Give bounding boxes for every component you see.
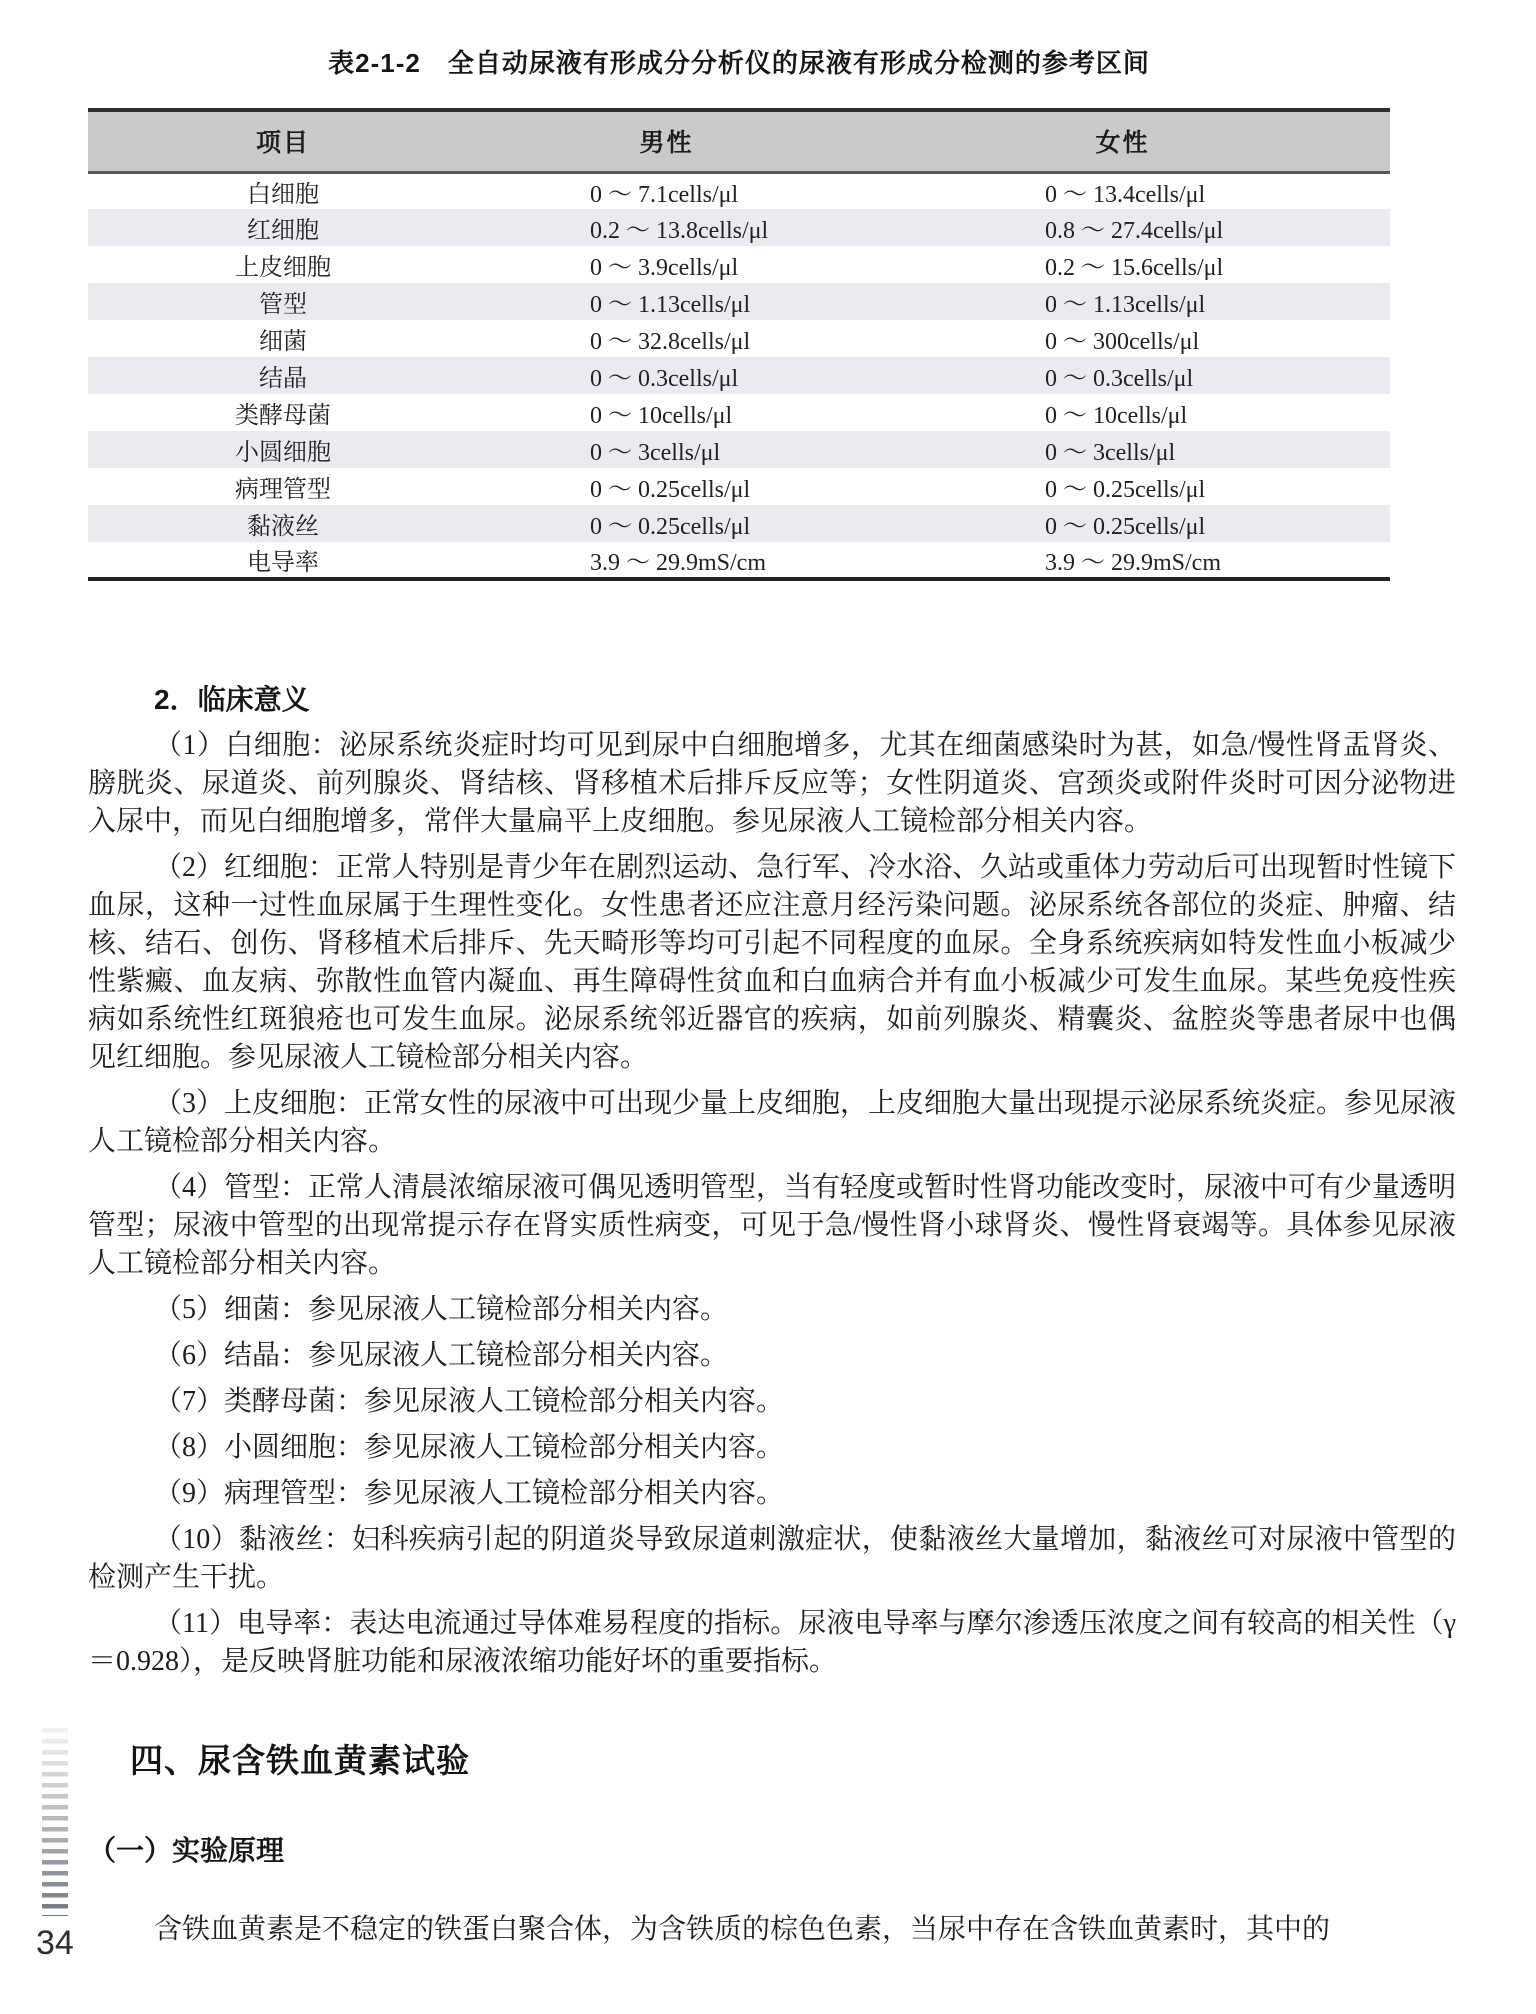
table-row: 上皮细胞 0 ～ 3.9cells/μl 0.2 ～ 15.6cells/μl — [88, 246, 1390, 283]
cell-item: 黏液丝 — [88, 505, 478, 542]
paragraph-leukocytes: （1）白细胞：泌尿系统炎症时均可见到尿中白细胞增多，尤其在细菌感染时为甚，如急/… — [88, 727, 1456, 841]
table-row: 管型 0 ～ 1.13cells/μl 0 ～ 1.13cells/μl — [88, 283, 1390, 320]
cell-male: 0 ～ 1.13cells/μl — [478, 283, 855, 320]
cell-item: 管型 — [88, 283, 478, 320]
table-row: 结晶 0 ～ 0.3cells/μl 0 ～ 0.3cells/μl — [88, 357, 1390, 394]
paragraph-epithelial-cells: （3）上皮细胞：正常女性的尿液中可出现少量上皮细胞，上皮细胞大量出现提示泌尿系统… — [88, 1085, 1456, 1161]
table-row: 类酵母菌 0 ～ 10cells/μl 0 ～ 10cells/μl — [88, 394, 1390, 431]
cell-female: 0.2 ～ 15.6cells/μl — [855, 246, 1390, 283]
paragraph-small-round-cells: （8）小圆细胞：参见尿液人工镜检部分相关内容。 — [88, 1429, 1456, 1467]
column-header-female: 女性 — [855, 110, 1390, 172]
paragraph-pathological-casts: （9）病理管型：参见尿液人工镜检部分相关内容。 — [88, 1475, 1456, 1513]
cell-female: 0 ～ 0.25cells/μl — [855, 468, 1390, 505]
clinical-significance-heading: 2．临床意义 — [88, 681, 1456, 719]
page-content: 表2-1-2 全自动尿液有形成分分析仪的尿液有形成分检测的参考区间 项目 男性 … — [88, 0, 1456, 1949]
cell-item: 病理管型 — [88, 468, 478, 505]
cell-female: 0.8 ～ 27.4cells/μl — [855, 209, 1390, 246]
cell-female: 0 ～ 1.13cells/μl — [855, 283, 1390, 320]
section-heading-hemosiderin-test: 四、尿含铁血黄素试验 — [130, 1739, 1456, 1783]
cell-female: 0 ～ 10cells/μl — [855, 394, 1390, 431]
cell-item: 白细胞 — [88, 172, 478, 209]
cell-male: 0 ～ 32.8cells/μl — [478, 320, 855, 357]
cell-item: 细菌 — [88, 320, 478, 357]
cell-female: 0 ～ 3cells/μl — [855, 431, 1390, 468]
table-row: 病理管型 0 ～ 0.25cells/μl 0 ～ 0.25cells/μl — [88, 468, 1390, 505]
table-body: 白细胞 0 ～ 7.1cells/μl 0 ～ 13.4cells/μl 红细胞… — [88, 172, 1390, 579]
book-page: 表2-1-2 全自动尿液有形成分分析仪的尿液有形成分检测的参考区间 项目 男性 … — [0, 0, 1536, 2014]
cell-item: 类酵母菌 — [88, 394, 478, 431]
cell-male: 0 ～ 10cells/μl — [478, 394, 855, 431]
paragraph-conductivity: （11）电导率：表达电流通过导体难易程度的指标。尿液电导率与摩尔渗透压浓度之间有… — [88, 1605, 1456, 1681]
cell-item: 红细胞 — [88, 209, 478, 246]
cell-male: 0 ～ 3.9cells/μl — [478, 246, 855, 283]
cell-male: 3.9 ～ 29.9mS/cm — [478, 542, 855, 579]
cell-item: 电导率 — [88, 542, 478, 579]
cell-female: 0 ～ 13.4cells/μl — [855, 172, 1390, 209]
page-number: 34 — [36, 1924, 74, 1963]
table-row: 黏液丝 0 ～ 0.25cells/μl 0 ～ 0.25cells/μl — [88, 505, 1390, 542]
table-row: 电导率 3.9 ～ 29.9mS/cm 3.9 ～ 29.9mS/cm — [88, 542, 1390, 579]
table-row: 白细胞 0 ～ 7.1cells/μl 0 ～ 13.4cells/μl — [88, 172, 1390, 209]
table-header: 项目 男性 女性 — [88, 110, 1390, 172]
table-row: 小圆细胞 0 ～ 3cells/μl 0 ～ 3cells/μl — [88, 431, 1390, 468]
cell-female: 0 ～ 300cells/μl — [855, 320, 1390, 357]
paragraph-mucus-threads: （10）黏液丝：妇科疾病引起的阴道炎导致尿道刺激症状，使黏液丝大量增加，黏液丝可… — [88, 1521, 1456, 1597]
subsection-heading-principle: （一）实验原理 — [88, 1833, 1456, 1869]
cell-male: 0 ～ 0.3cells/μl — [478, 357, 855, 394]
paragraph-casts: （4）管型：正常人清晨浓缩尿液可偶见透明管型，当有轻度或暂时性肾功能改变时，尿液… — [88, 1169, 1456, 1283]
cell-female: 0 ～ 0.25cells/μl — [855, 505, 1390, 542]
spine-marker-bars — [42, 1728, 68, 1916]
cell-male: 0 ～ 0.25cells/μl — [478, 468, 855, 505]
paragraph-erythrocytes: （2）红细胞：正常人特别是青少年在剧烈运动、急行军、冷水浴、久站或重体力劳动后可… — [88, 849, 1456, 1077]
cell-female: 0 ～ 0.3cells/μl — [855, 357, 1390, 394]
cell-male: 0 ～ 0.25cells/μl — [478, 505, 855, 542]
column-header-male: 男性 — [478, 110, 855, 172]
column-header-item: 项目 — [88, 110, 478, 172]
table-row: 红细胞 0.2 ～ 13.8cells/μl 0.8 ～ 27.4cells/μ… — [88, 209, 1390, 246]
cell-male: 0 ～ 7.1cells/μl — [478, 172, 855, 209]
reference-range-table: 项目 男性 女性 白细胞 0 ～ 7.1cells/μl 0 ～ 13.4cel… — [88, 108, 1390, 581]
paragraph-yeast: （7）类酵母菌：参见尿液人工镜检部分相关内容。 — [88, 1383, 1456, 1421]
table-caption: 表2-1-2 全自动尿液有形成分分析仪的尿液有形成分检测的参考区间 — [88, 46, 1390, 80]
paragraph-bacteria: （5）细菌：参见尿液人工镜检部分相关内容。 — [88, 1291, 1456, 1329]
cell-male: 0.2 ～ 13.8cells/μl — [478, 209, 855, 246]
cell-item: 上皮细胞 — [88, 246, 478, 283]
table-header-row: 项目 男性 女性 — [88, 110, 1390, 172]
paragraph-crystals: （6）结晶：参见尿液人工镜检部分相关内容。 — [88, 1337, 1456, 1375]
cell-male: 0 ～ 3cells/μl — [478, 431, 855, 468]
paragraph-principle: 含铁血黄素是不稳定的铁蛋白聚合体，为含铁质的棕色色素，当尿中存在含铁血黄素时，其… — [88, 1911, 1456, 1949]
cell-item: 小圆细胞 — [88, 431, 478, 468]
table-row: 细菌 0 ～ 32.8cells/μl 0 ～ 300cells/μl — [88, 320, 1390, 357]
cell-item: 结晶 — [88, 357, 478, 394]
cell-female: 3.9 ～ 29.9mS/cm — [855, 542, 1390, 579]
